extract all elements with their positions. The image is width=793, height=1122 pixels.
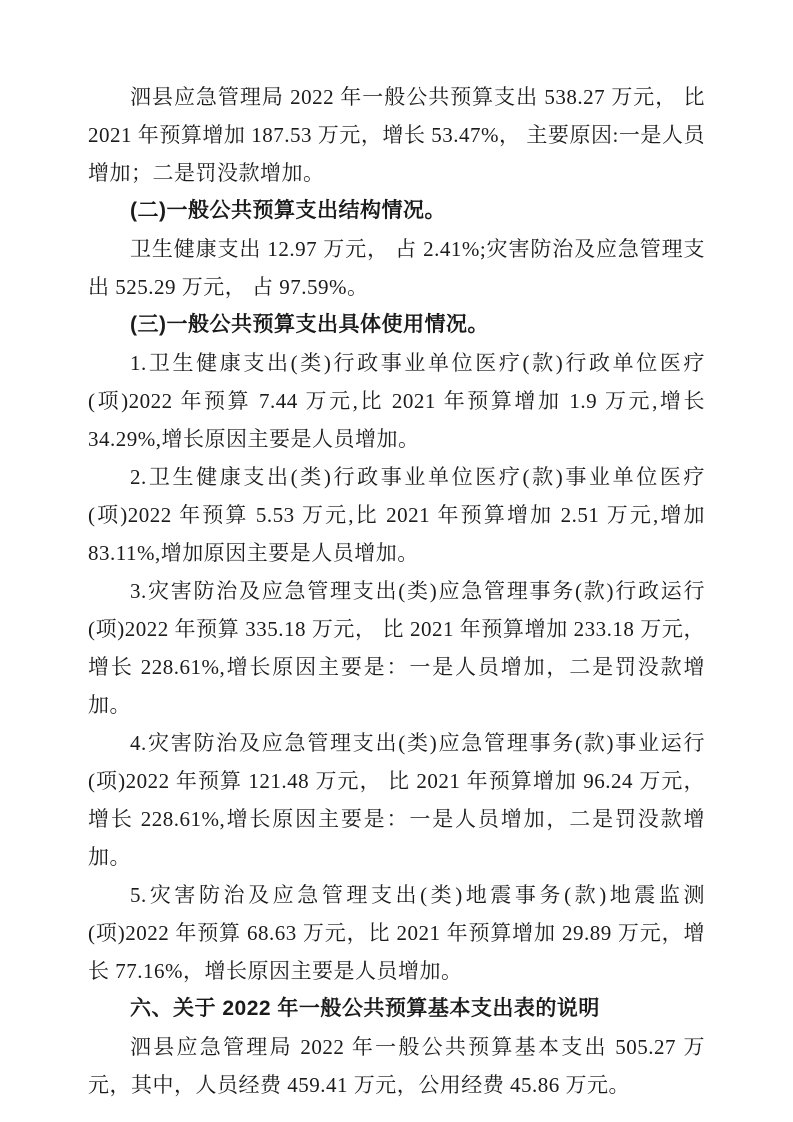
- para-item-5-earthquake-monitoring: 5.灾害防治及应急管理支出(类)地震事务(款)地震监测(项)2022 年预算 6…: [88, 876, 705, 990]
- para-expenditure-structure: 卫生健康支出 12.97 万元， 占 2.41%;灾害防治及应急管理支出 525…: [88, 230, 705, 306]
- heading-expenditure-specific-usage: (三)一般公共预算支出具体使用情况。: [88, 306, 705, 344]
- document-page: 泗县应急管理局 2022 年一般公共预算支出 538.27 万元， 比 2021…: [0, 0, 793, 1122]
- para-item-2-institution-unit-medical: 2.卫生健康支出(类)行政事业单位医疗(款)事业单位医疗(项)2022 年预算 …: [88, 458, 705, 572]
- para-item-3-admin-operation: 3.灾害防治及应急管理支出(类)应急管理事务(款)行政运行(项)2022 年预算…: [88, 572, 705, 724]
- para-basic-expenditure-summary: 泗县应急管理局 2022 年一般公共预算基本支出 505.27 万元，其中，人员…: [88, 1028, 705, 1104]
- para-item-4-institution-operation: 4.灾害防治及应急管理支出(类)应急管理事务(款)事业运行(项)2022 年预算…: [88, 724, 705, 876]
- heading-section-six-basic-expenditure-table: 六、关于 2022 年一般公共预算基本支出表的说明: [88, 990, 705, 1028]
- para-item-1-admin-unit-medical: 1.卫生健康支出(类)行政事业单位医疗(款)行政单位医疗(项)2022 年预算 …: [88, 344, 705, 458]
- para-budget-expenditure-overview: 泗县应急管理局 2022 年一般公共预算支出 538.27 万元， 比 2021…: [88, 78, 705, 192]
- heading-expenditure-structure: (二)一般公共预算支出结构情况。: [88, 192, 705, 230]
